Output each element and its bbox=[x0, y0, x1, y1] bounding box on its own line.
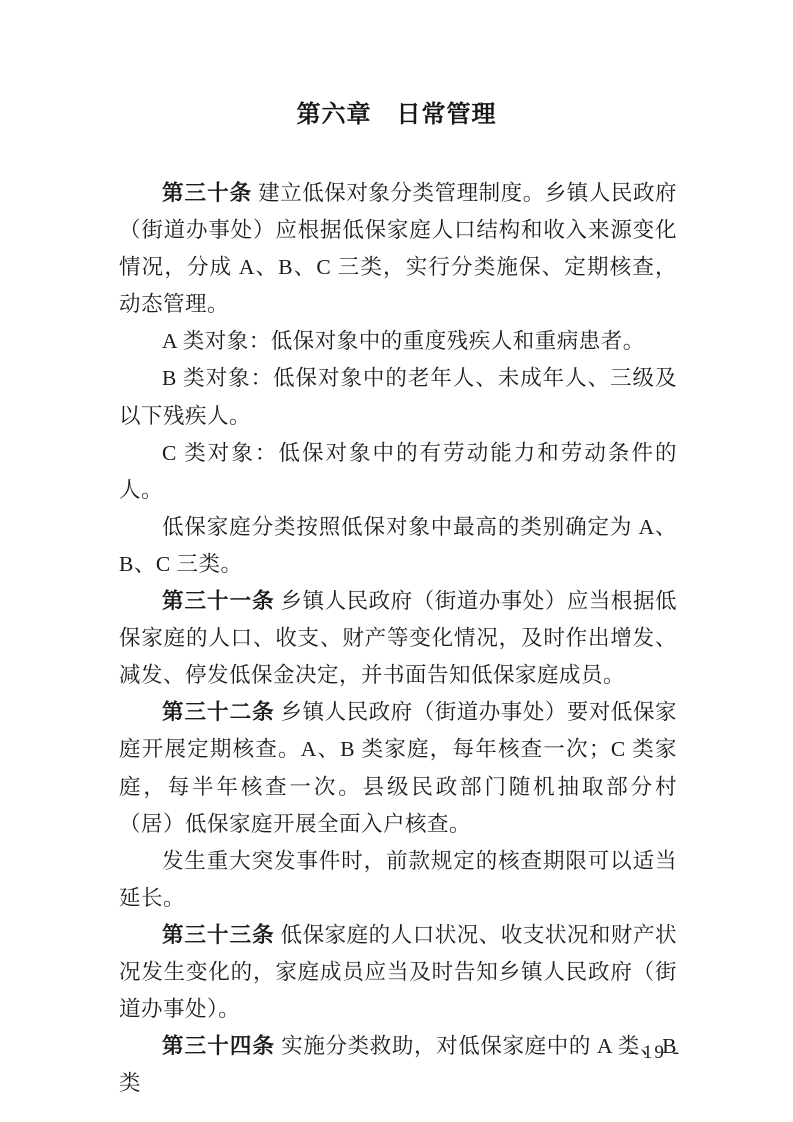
article-number: 第三十一条 bbox=[162, 589, 275, 613]
article-text: A 类对象：低保对象中的重度残疾人和重病患者。 bbox=[162, 329, 645, 353]
article-paragraph: 第三十一条 乡镇人民政府（街道办事处）应当根据低保家庭的人口、收支、财产等变化情… bbox=[119, 583, 677, 694]
page-number: - 19 - bbox=[628, 1042, 681, 1064]
article-paragraph: C 类对象：低保对象中的有劳动能力和劳动条件的人。 bbox=[119, 435, 677, 509]
article-text: 发生重大突发事件时，前款规定的核查期限可以适当延长。 bbox=[119, 849, 677, 910]
article-text: B 类对象：低保对象中的老年人、未成年人、三级及以下残疾人。 bbox=[119, 366, 677, 427]
article-text: C 类对象：低保对象中的有劳动能力和劳动条件的人。 bbox=[119, 441, 677, 502]
article-list: 第三十条 建立低保对象分类管理制度。乡镇人民政府（街道办事处）应根据低保家庭人口… bbox=[119, 175, 677, 1102]
article-paragraph: 第三十三条 低保家庭的人口状况、收支状况和财产状况发生变化的，家庭成员应当及时告… bbox=[119, 917, 677, 1028]
article-number: 第三十三条 bbox=[162, 923, 275, 947]
article-paragraph: 第三十二条 乡镇人民政府（街道办事处）要对低保家庭开展定期核查。A、B 类家庭，… bbox=[119, 694, 677, 842]
article-number: 第三十条 bbox=[162, 181, 252, 205]
document-page: 第六章 日常管理 第三十条 建立低保对象分类管理制度。乡镇人民政府（街道办事处）… bbox=[0, 0, 793, 1122]
article-paragraph: 发生重大突发事件时，前款规定的核查期限可以适当延长。 bbox=[119, 843, 677, 917]
article-number: 第三十二条 bbox=[162, 700, 275, 724]
article-paragraph: 第三十四条 实施分类救助，对低保家庭中的 A 类、B 类 bbox=[119, 1028, 677, 1102]
article-paragraph: 低保家庭分类按照低保对象中最高的类别确定为 A、B、C 三类。 bbox=[119, 509, 677, 583]
article-number: 第三十四条 bbox=[162, 1034, 275, 1058]
article-paragraph: B 类对象：低保对象中的老年人、未成年人、三级及以下残疾人。 bbox=[119, 360, 677, 434]
chapter-title: 第六章 日常管理 bbox=[0, 0, 793, 130]
article-paragraph: A 类对象：低保对象中的重度残疾人和重病患者。 bbox=[119, 323, 677, 360]
article-text: 低保家庭分类按照低保对象中最高的类别确定为 A、B、C 三类。 bbox=[119, 515, 677, 576]
article-paragraph: 第三十条 建立低保对象分类管理制度。乡镇人民政府（街道办事处）应根据低保家庭人口… bbox=[119, 175, 677, 323]
